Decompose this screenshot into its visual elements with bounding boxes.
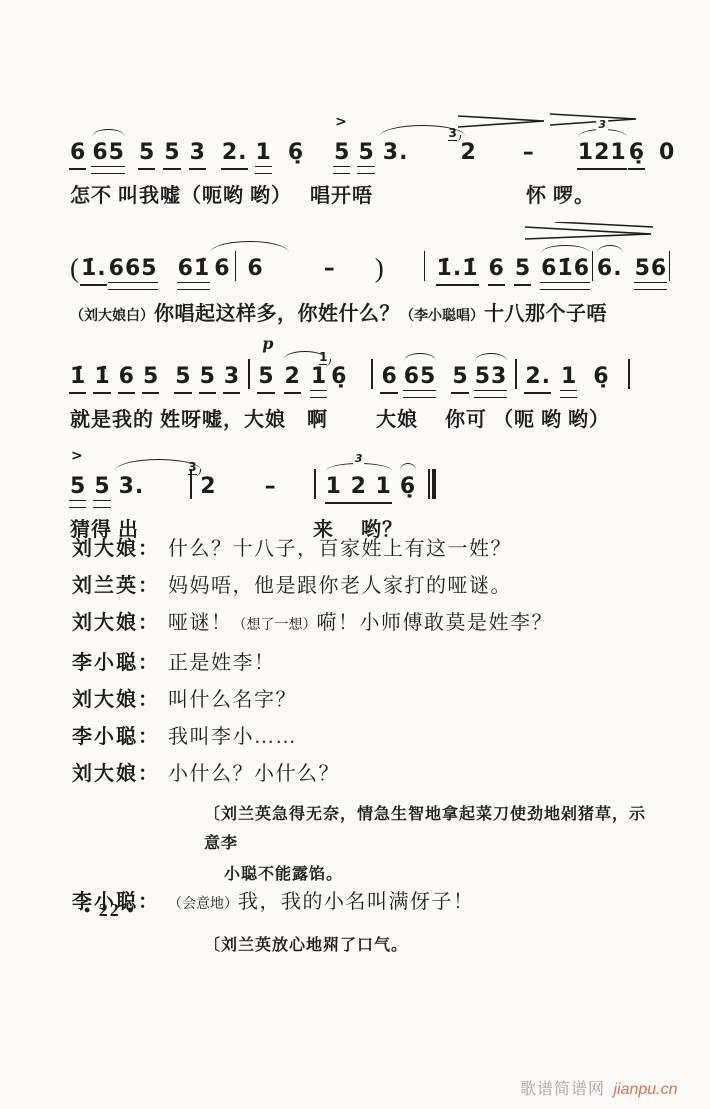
accent-mark: > [71, 448, 86, 462]
note: 2. [222, 140, 248, 166]
score-page: { "page": { "page_number": "\u2022 22 \u… [0, 0, 710, 1109]
slur-arc [597, 245, 623, 253]
dialogue-text: 正是姓李！ [168, 652, 276, 674]
watermark: 歌谱简谱网 jianpu.cn [520, 1076, 678, 1099]
note: 121 [578, 140, 627, 166]
dialogue-line: 刘大娘：小什么？小什么？ [72, 763, 652, 785]
triplet-mark [326, 463, 392, 471]
final-barline [428, 469, 436, 499]
slur-arc [400, 463, 416, 471]
duration-dash: – [324, 256, 335, 282]
note: 3 [224, 364, 240, 390]
note: 6. [597, 256, 623, 282]
speaker-name: 刘兰英： [72, 575, 160, 597]
note: 6̣ [593, 364, 609, 390]
note: 32 [200, 474, 216, 500]
speaker-name: 刘大娘： [72, 689, 160, 711]
speaker-name: 刘大娘： [72, 538, 160, 560]
dialogue-text: 妈妈唔，他是跟你老人家打的哑谜。 [168, 575, 512, 597]
note: 1 2 1 [326, 474, 392, 500]
note: 6̣ [288, 140, 304, 166]
dialogue-block: 刘大娘：什么？十八子，百家姓上有这一姓？刘兰英：妈妈唔，他是跟你老人家打的哑谜。… [72, 538, 652, 962]
note: 16̣ [331, 364, 347, 390]
triplet-mark [578, 129, 627, 137]
barline [314, 469, 316, 499]
page-number: • 22 • [84, 900, 136, 921]
note: 665 [109, 256, 158, 282]
note: 5 [94, 474, 110, 500]
caption-role-label: （刘大娘白） [70, 305, 154, 325]
duration-dash: – [523, 140, 534, 166]
grace-note: 3 [448, 126, 456, 141]
barline [424, 251, 425, 281]
dialogue-line: 刘大娘：什么？十八子，百家姓上有这一姓？ [72, 538, 652, 560]
caption-text: 你唱起这样多，你姓什么？ [154, 297, 400, 326]
barline [235, 251, 236, 281]
notation-row: 6655532.16̣5>53.32–1216̣0 [70, 116, 670, 166]
music-system-3: 1̇1̇655535p2116̣6655532.16̣ 就是我的 姓呀嘘，大娘 … [70, 340, 670, 432]
note: 5p [258, 364, 274, 390]
speaker-name: 刘大娘： [72, 763, 160, 785]
note: 61̇6 [541, 256, 590, 282]
caption-text: 十八那个子唔 [484, 297, 607, 326]
note: 6 [214, 256, 230, 282]
slur-arc [404, 353, 437, 361]
dialogue-text: 什么？十八子，百家姓上有这一姓？ [168, 538, 512, 560]
dialogue-text: 哑谜！（想了一想）嗬！小师傅敢莫是姓李？ [168, 612, 553, 637]
dynamic-p: p [262, 334, 274, 350]
slur-arc [210, 241, 288, 253]
speaker-name: 李小聪： [72, 652, 160, 674]
speaker-name: 刘大娘： [72, 612, 160, 634]
note: 5 [164, 140, 180, 166]
notation-row: 5>53.32–1 2 16̣ [70, 450, 670, 500]
note: 1̇ [94, 364, 110, 390]
note: 3. [383, 140, 409, 166]
watermark-url: jianpu.cn [613, 1081, 677, 1098]
note: 2. [525, 364, 551, 390]
note: 1̇ [70, 364, 86, 390]
note: 6̣ [629, 140, 645, 166]
slur-arc [541, 245, 590, 253]
watermark-site-name: 歌谱简谱网 [520, 1081, 605, 1098]
note: 1 [561, 364, 577, 390]
note: 6 [247, 256, 263, 282]
note: 5 [452, 364, 468, 390]
lyrics-row: 就是我的 姓呀嘘，大娘 啊 大娘 你可 （呃 哟 哟） [70, 403, 670, 432]
caption-role-label: （李小聪唱） [400, 305, 484, 325]
dialogue-text: 我叫李小…… [168, 726, 297, 748]
note: 2 [285, 364, 301, 390]
lyrics-row: 怎不 叫我嘘（呃哟 哟） 唱开唔 怀 啰。 [70, 179, 670, 208]
dialogue-line: 刘大娘：哑谜！（想了一想）嗬！小师傅敢莫是姓李？ [72, 612, 652, 637]
barline [515, 359, 517, 389]
notation-row: (1̇.66561̇66–)1̇.1̇6561̇66.56 [70, 232, 670, 282]
dialogue-line: 李小聪：（会意地）我，我的小名叫满伢子！ [72, 891, 652, 916]
note: 6 [489, 256, 505, 282]
stage-direction: 小聪不能露馅。 [224, 860, 652, 889]
note: 65 [92, 140, 125, 166]
barline [371, 359, 373, 389]
note: 5 [143, 364, 159, 390]
dialogue-line: 刘兰英：妈妈唔，他是跟你老人家打的哑谜。 [72, 575, 652, 597]
barline [248, 359, 250, 389]
note: 65 [404, 364, 437, 390]
note: 1̇. [81, 256, 107, 282]
note: 32 [460, 140, 476, 166]
music-system-4: 5>53.32–1 2 16̣ 猜得 出 来 哟？ [70, 450, 670, 542]
accent-mark: > [335, 114, 350, 128]
notation-row: 1̇1̇655535p2116̣6655532.16̣ [70, 340, 670, 390]
note: 5 [200, 364, 216, 390]
note: 3. [119, 474, 145, 500]
note: 6 [381, 364, 397, 390]
note: 6̣ [400, 474, 416, 500]
dialogue-line: 刘大娘：叫什么名字？ [72, 689, 652, 711]
grace-note: 1 [319, 350, 327, 365]
duration-dash: – [265, 474, 276, 500]
dialogue-line: 李小聪：我叫李小…… [72, 726, 652, 748]
note: 1 [256, 140, 272, 166]
note: 53 [475, 364, 508, 390]
note: 6 [119, 364, 135, 390]
parenthesis: ) [375, 255, 384, 282]
note: 5 [515, 256, 531, 282]
music-system-1: 6655532.16̣5>53.32–1216̣0 怎不 叫我嘘（呃哟 哟） 唱… [70, 116, 670, 208]
note: 1̇.1̇ [437, 256, 479, 282]
note: 5 [175, 364, 191, 390]
note: 6 [70, 140, 86, 166]
stage-direction: 〔刘兰英放心地喌了口气。 [204, 931, 652, 960]
dialogue-text: 叫什么名字？ [168, 689, 297, 711]
dialogue-text: （会意地）我，我的小名叫满伢子！ [168, 891, 475, 916]
barline [628, 359, 630, 389]
note: 5 [139, 140, 155, 166]
speaker-name: 李小聪： [72, 726, 160, 748]
music-system-2: (1̇.66561̇66–)1̇.1̇6561̇66.56 （刘大娘白）你唱起这… [70, 232, 670, 326]
parenthesis: ( [70, 255, 79, 282]
dialogue-text: 小什么？小什么？ [168, 763, 340, 785]
dialogue-line: 李小聪：正是姓李！ [72, 652, 652, 674]
note: 5> [334, 140, 350, 166]
note: 3 [190, 140, 206, 166]
note: 5> [70, 474, 86, 500]
grace-note: 3 [188, 460, 196, 475]
note: 61̇ [178, 256, 211, 282]
note: 0 [659, 140, 675, 166]
slur-arc [475, 353, 508, 361]
stage-direction: 〔刘兰英急得无奈，情急生智地拿起菜刀使劲地剁猪草，示意李 [204, 800, 652, 858]
note: 5 [358, 140, 374, 166]
caption-row: （刘大娘白）你唱起这样多，你姓什么？（李小聪唱）十八那个子唔 [70, 297, 670, 326]
slur-arc [92, 129, 125, 137]
barline [669, 251, 670, 281]
note: 1 [311, 364, 327, 390]
note: 56 [635, 256, 668, 282]
barline [592, 251, 593, 281]
